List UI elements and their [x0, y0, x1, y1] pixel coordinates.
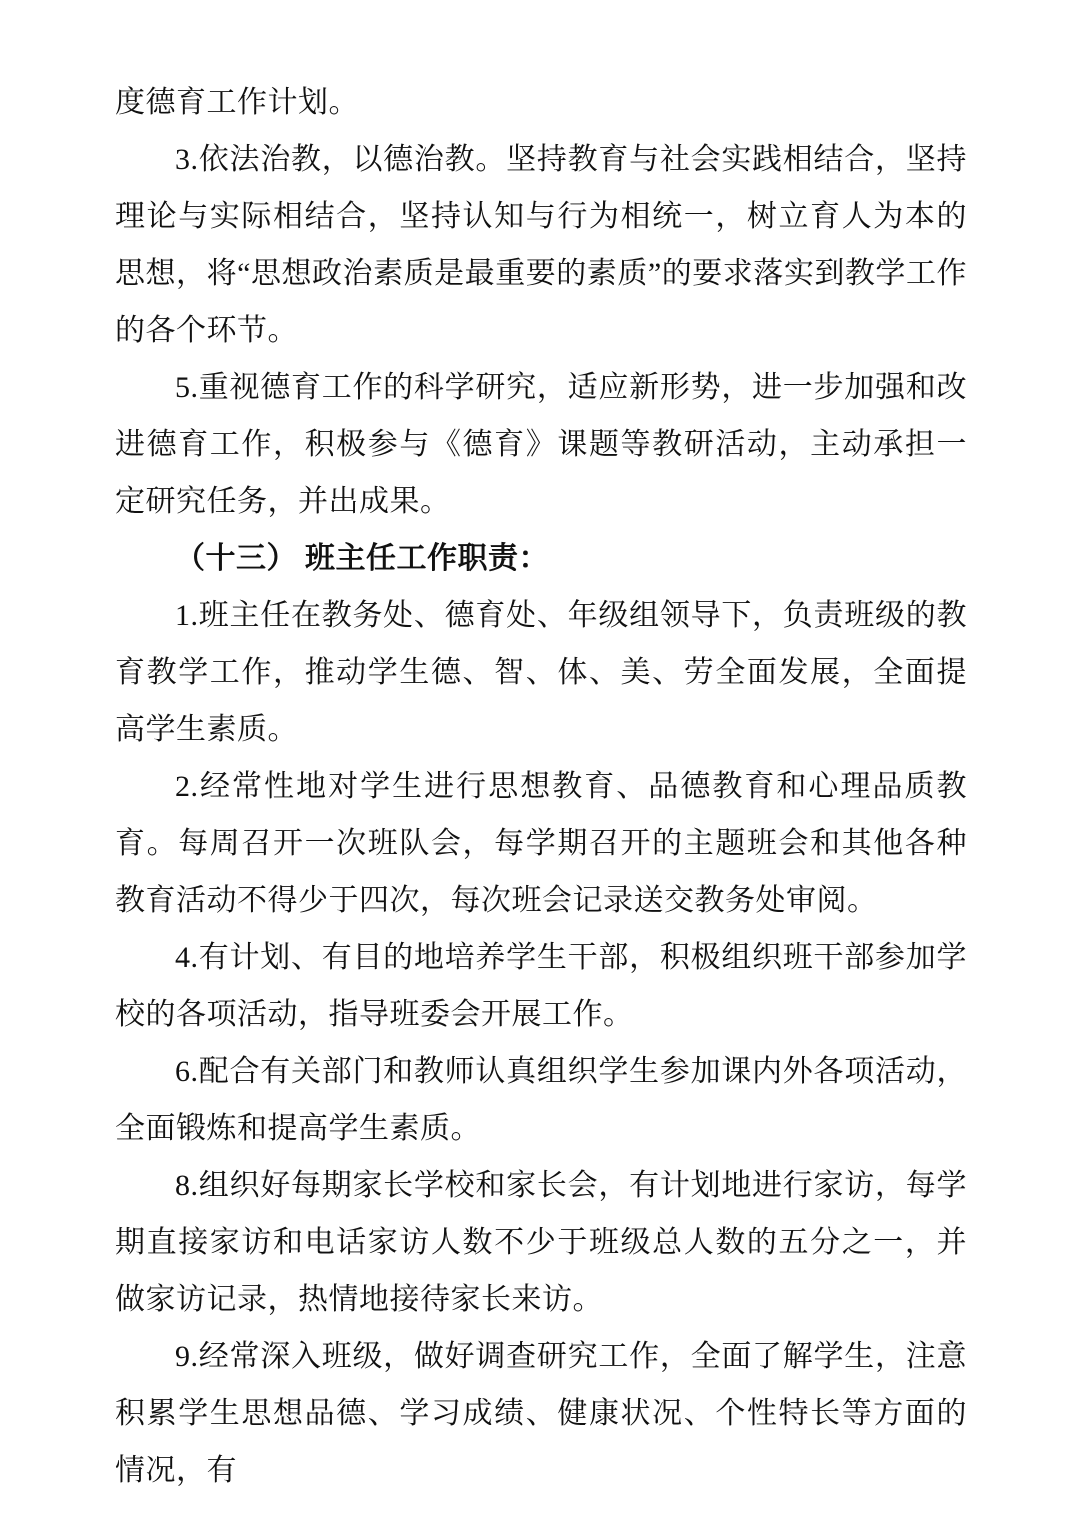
paragraph: 8.组织好每期家长学校和家长会，有计划地进行家访，每学期直接家访和电话家访人数不… — [115, 1157, 967, 1328]
paragraph: 3.依法治教，以德治教。坚持教育与社会实践相结合，坚持理论与实际相结合，坚持认知… — [115, 131, 967, 359]
paragraph: 度德育工作计划。 — [115, 74, 967, 131]
paragraph: 2.经常性地对学生进行思想教育、品德教育和心理品质教育。每周召开一次班队会，每学… — [115, 758, 967, 929]
paragraph: 6.配合有关部门和教师认真组织学生参加课内外各项活动，全面锻炼和提高学生素质。 — [115, 1043, 967, 1157]
section-heading: （十三） 班主任工作职责： — [115, 530, 967, 587]
paragraph: 5.重视德育工作的科学研究，适应新形势，进一步加强和改进德育工作，积极参与《德育… — [115, 359, 967, 530]
paragraph: 9.经常深入班级，做好调查研究工作，全面了解学生，注意积累学生思想品德、学习成绩… — [115, 1328, 967, 1499]
paragraph: 1.班主任在教务处、德育处、年级组领导下，负责班级的教育教学工作，推动学生德、智… — [115, 587, 967, 758]
paragraph: 4.有计划、有目的地培养学生干部，积极组织班干部参加学校的各项活动，指导班委会开… — [115, 929, 967, 1043]
document-page: 度德育工作计划。3.依法治教，以德治教。坚持教育与社会实践相结合，坚持理论与实际… — [0, 0, 1080, 1527]
document-body: 度德育工作计划。3.依法治教，以德治教。坚持教育与社会实践相结合，坚持理论与实际… — [115, 74, 967, 1499]
